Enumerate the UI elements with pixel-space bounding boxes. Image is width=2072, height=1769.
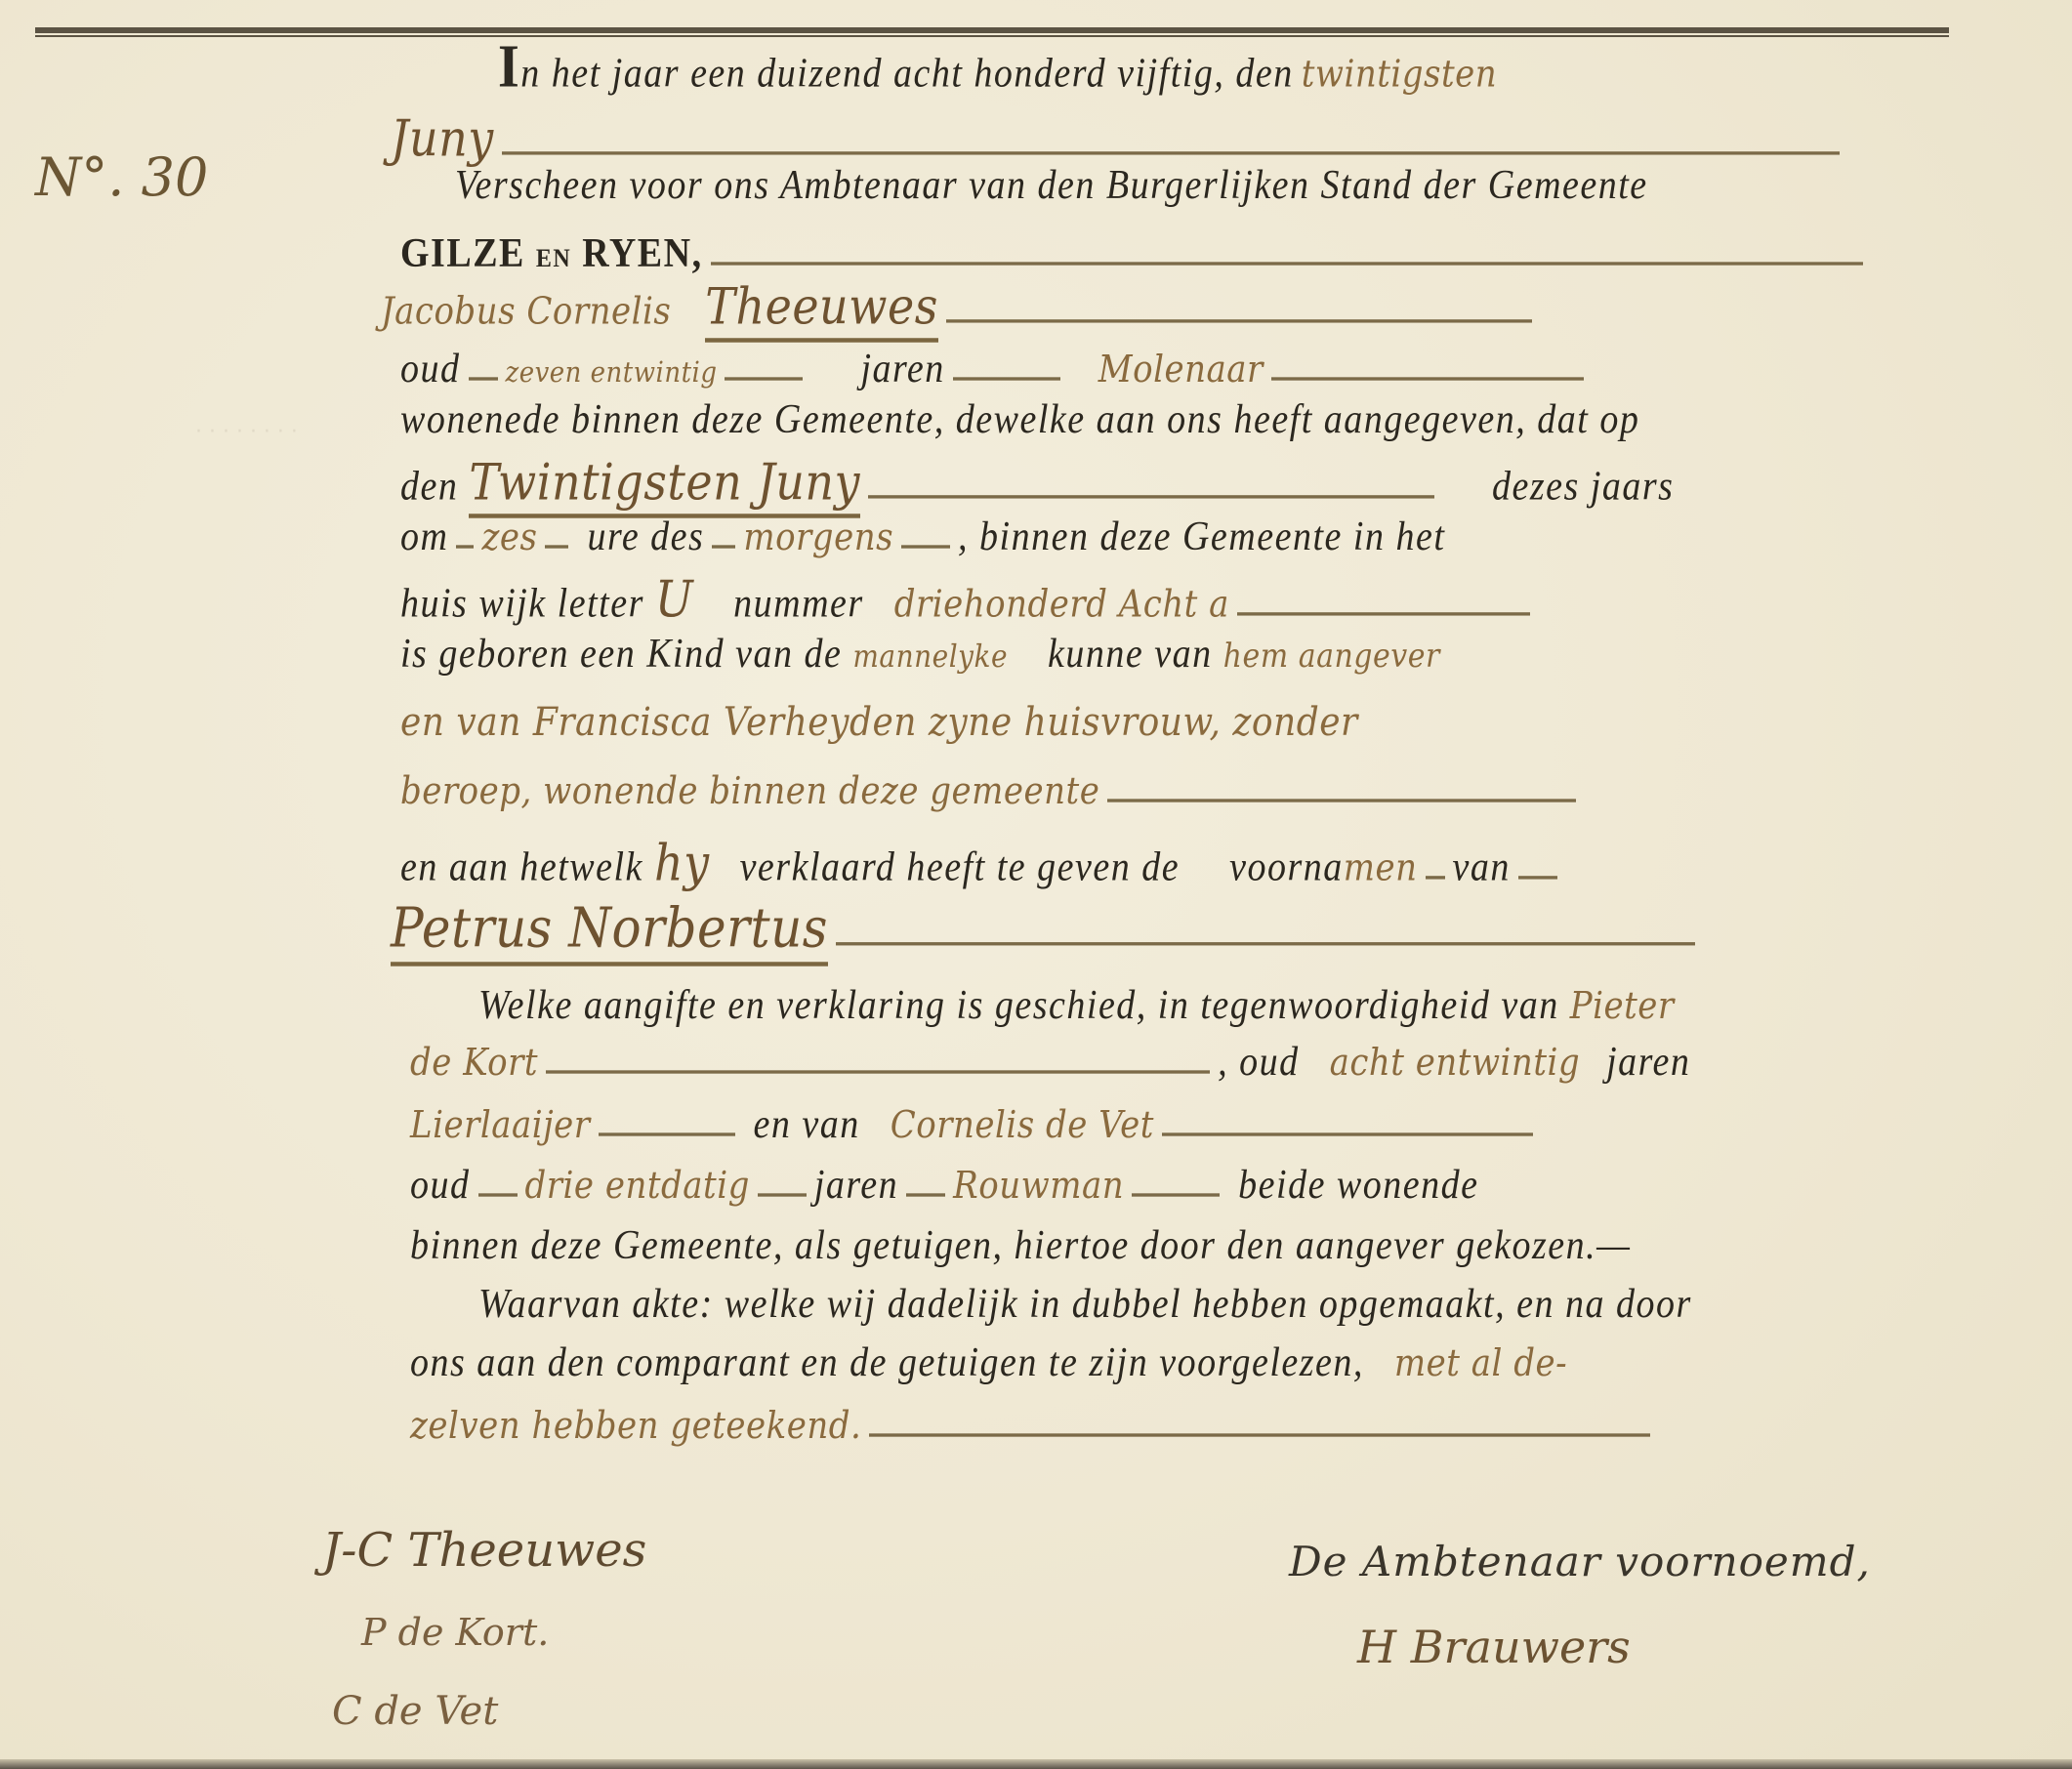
witness2-occupation: Rouwman — [953, 1164, 1124, 1208]
municipality-conj: EN — [536, 244, 571, 272]
municipality-line: GILZE EN RYEN, — [400, 229, 1871, 277]
nummer-label: nummer — [733, 581, 864, 627]
fill-rule — [725, 377, 803, 380]
witness2-line: Lierlaaijer en van Cornelis de Vet — [410, 1100, 1541, 1148]
birth-date: Twintigsten Juny — [469, 453, 860, 518]
naming-line: en aan hetwelk hy verklaard heeft te gev… — [400, 834, 1565, 892]
bleed-through-text: · · · · · · · · — [195, 420, 298, 444]
fill-rule — [502, 151, 1840, 154]
signature-witness1: P de Kort. — [361, 1611, 549, 1654]
child-sex-line: is geboren een Kind van de mannelyke kun… — [400, 630, 1440, 678]
record-number: N°. 30 — [35, 146, 208, 208]
fill-rule — [456, 545, 474, 548]
fill-rule — [868, 495, 1434, 498]
birth-date-line: den Twintigsten Juny dezes jaars — [400, 453, 1674, 512]
fill-rule — [869, 1433, 1650, 1436]
fill-rule — [946, 319, 1532, 322]
house-number: driehonderd Acht a — [894, 583, 1229, 627]
naming-printed-1: en aan hetwelk — [400, 844, 643, 890]
house-line: huis wijk letter U nummer driehonderd Ac… — [400, 570, 1538, 629]
fill-rule — [1518, 876, 1557, 879]
header-line-1: In het jaar een duizend acht honderd vij… — [498, 31, 1497, 102]
signature-official: H Brauwers — [1357, 1621, 1631, 1673]
witness1-first-name: Pieter — [1570, 984, 1675, 1028]
fill-rule — [1107, 799, 1576, 802]
pronoun: hy — [654, 834, 710, 892]
residence-sentence: wonenede binnen deze Gemeente, dewelke a… — [400, 396, 1639, 442]
fill-rule — [712, 545, 735, 548]
record-number-value: 30 — [142, 146, 209, 208]
date-day-handwritten: twintigsten — [1302, 53, 1497, 97]
jaren-label-3: jaren — [814, 1162, 898, 1208]
official-title: De Ambtenaar voornoemd, — [1289, 1538, 1871, 1585]
voorna-printed: voorna — [1229, 844, 1344, 890]
witnesses-closing-line: binnen deze Gemeente, als getuigen, hier… — [410, 1221, 1631, 1269]
declarant-age: zeven entwintig — [506, 356, 718, 390]
fill-rule — [478, 1193, 518, 1196]
fill-rule — [901, 545, 950, 548]
declarant-age-line: oudzeven entwintig jaren Molenaar — [400, 345, 1592, 392]
fill-rule — [546, 1070, 1210, 1073]
den-label: den — [400, 464, 458, 510]
declarant-line: Jacobus Cornelis Theeuwes — [381, 277, 1540, 336]
witnesses-closing: binnen deze Gemeente, als getuigen, hier… — [410, 1222, 1631, 1268]
signature-witness2: C de Vet — [332, 1689, 498, 1734]
oud-label-2: , oud — [1218, 1039, 1300, 1085]
beide-wonende: beide wonende — [1238, 1162, 1478, 1208]
fill-rule — [599, 1132, 735, 1135]
fill-rule — [1426, 876, 1445, 879]
en-van-label: en van — [754, 1101, 860, 1147]
mother-text: en van Francisca Verheyden zyne huisvrou… — [400, 700, 1358, 745]
closing-hand-2: met al de- — [1394, 1341, 1567, 1385]
declarant-surname: Theeuwes — [705, 277, 938, 343]
witnesses-intro-line: Welke aangifte en verklaring is geschied… — [478, 981, 1675, 1029]
mother-line: en van Francisca Verheyden zyne huisvrou… — [400, 698, 1358, 746]
witness2-name: Cornelis de Vet — [891, 1103, 1154, 1147]
document-page: · · · · · · · · N°. 30 In het jaar een d… — [0, 0, 2072, 1769]
house-label: huis wijk letter — [400, 581, 644, 627]
naming-printed-2: verklaard heeft te geven de — [740, 844, 1181, 890]
oud-label-3: oud — [410, 1162, 471, 1208]
closing-line-3: zelven hebben geteekend. — [410, 1401, 1658, 1449]
fill-rule — [906, 1193, 945, 1196]
parents-residence: beroep, wonende binnen deze gemeente — [400, 769, 1099, 813]
parent-text-1: hem aangever — [1223, 638, 1440, 676]
jaren-label: jaren — [860, 346, 944, 391]
closing-line-1: Waarvan akte: welke wij dadelijk in dubb… — [478, 1280, 1692, 1328]
parents-residence-line: beroep, wonende binnen deze gemeente — [400, 766, 1584, 814]
birth-hour: zes — [481, 515, 537, 559]
appearance-line: Verscheen voor ons Ambtenaar van den Bur… — [455, 161, 1648, 209]
declarant-occupation: Molenaar — [1098, 348, 1264, 391]
jaren-label-2: jaren — [1606, 1039, 1690, 1085]
record-number-label: N°. — [35, 146, 124, 208]
voorna-hand: men — [1344, 846, 1418, 890]
witness1-age: acht entwintig — [1330, 1041, 1581, 1085]
child-names: Petrus Norbertus — [391, 896, 828, 967]
residence-line: wonenede binnen deze Gemeente, dewelke a… — [400, 395, 1639, 443]
witness1-surname: de Kort — [410, 1041, 538, 1085]
dezes-jaars: dezes jaars — [1492, 464, 1674, 510]
fill-rule — [1132, 1193, 1220, 1196]
wijk-letter: U — [655, 570, 693, 629]
om-label: om — [400, 514, 448, 559]
witness2-age-line: ouddrie entdatigjarenRouwman beide wonen… — [410, 1161, 1479, 1209]
birth-time-line: omzes ure desmorgens, binnen deze Gemeen… — [400, 513, 1445, 560]
child-name-line: Petrus Norbertus — [391, 896, 1703, 960]
fill-rule — [1162, 1132, 1533, 1135]
fill-rule — [758, 1193, 807, 1196]
witness1-line: de Kort, oud acht entwintig jaren — [410, 1038, 1690, 1086]
declarant-given-names: Jacobus Cornelis — [381, 290, 671, 334]
municipality-part2: RYEN, — [582, 230, 702, 276]
time-of-day: morgens — [743, 515, 893, 559]
dropcap: I — [498, 32, 520, 100]
oud-label: oud — [400, 346, 461, 391]
header-line-2: Juny — [391, 109, 1847, 168]
fill-rule — [953, 377, 1060, 380]
van-label: van — [1453, 844, 1511, 890]
witnesses-intro: Welke aangifte en verklaring is geschied… — [478, 982, 1559, 1028]
municipality-part1: GILZE — [400, 230, 525, 276]
kunne-van: kunne van — [1048, 631, 1213, 677]
child-sex: mannelyke — [852, 638, 1008, 675]
fill-rule — [545, 545, 568, 548]
fill-rule — [1237, 612, 1530, 615]
fill-rule — [836, 942, 1695, 945]
born-printed: is geboren een Kind van de — [400, 631, 842, 677]
date-month-handwritten: Juny — [391, 109, 494, 168]
witness2-age: drie entdatig — [525, 1164, 750, 1208]
fill-rule — [1271, 377, 1584, 380]
page-bottom-edge — [0, 1759, 2072, 1769]
fill-rule — [469, 377, 498, 380]
closing-printed-2: ons aan den comparant en de getuigen te … — [410, 1339, 1364, 1385]
location-printed: , binnen deze Gemeente in het — [958, 514, 1445, 559]
signature-declarant: J-C Theeuwes — [322, 1523, 646, 1578]
ure-des: ure des — [587, 514, 704, 559]
witness1-occupation: Lierlaaijer — [410, 1103, 591, 1147]
appearance-printed: Verscheen voor ons Ambtenaar van den Bur… — [455, 162, 1648, 208]
header-printed: n het jaar een duizend acht honderd vijf… — [520, 50, 1293, 96]
closing-text-1: Waarvan akte: welke wij dadelijk in dubb… — [478, 1281, 1692, 1327]
closing-line-2: ons aan den comparant en de getuigen te … — [410, 1338, 1567, 1386]
closing-hand-3: zelven hebben geteekend. — [410, 1404, 861, 1448]
fill-rule — [711, 262, 1863, 265]
